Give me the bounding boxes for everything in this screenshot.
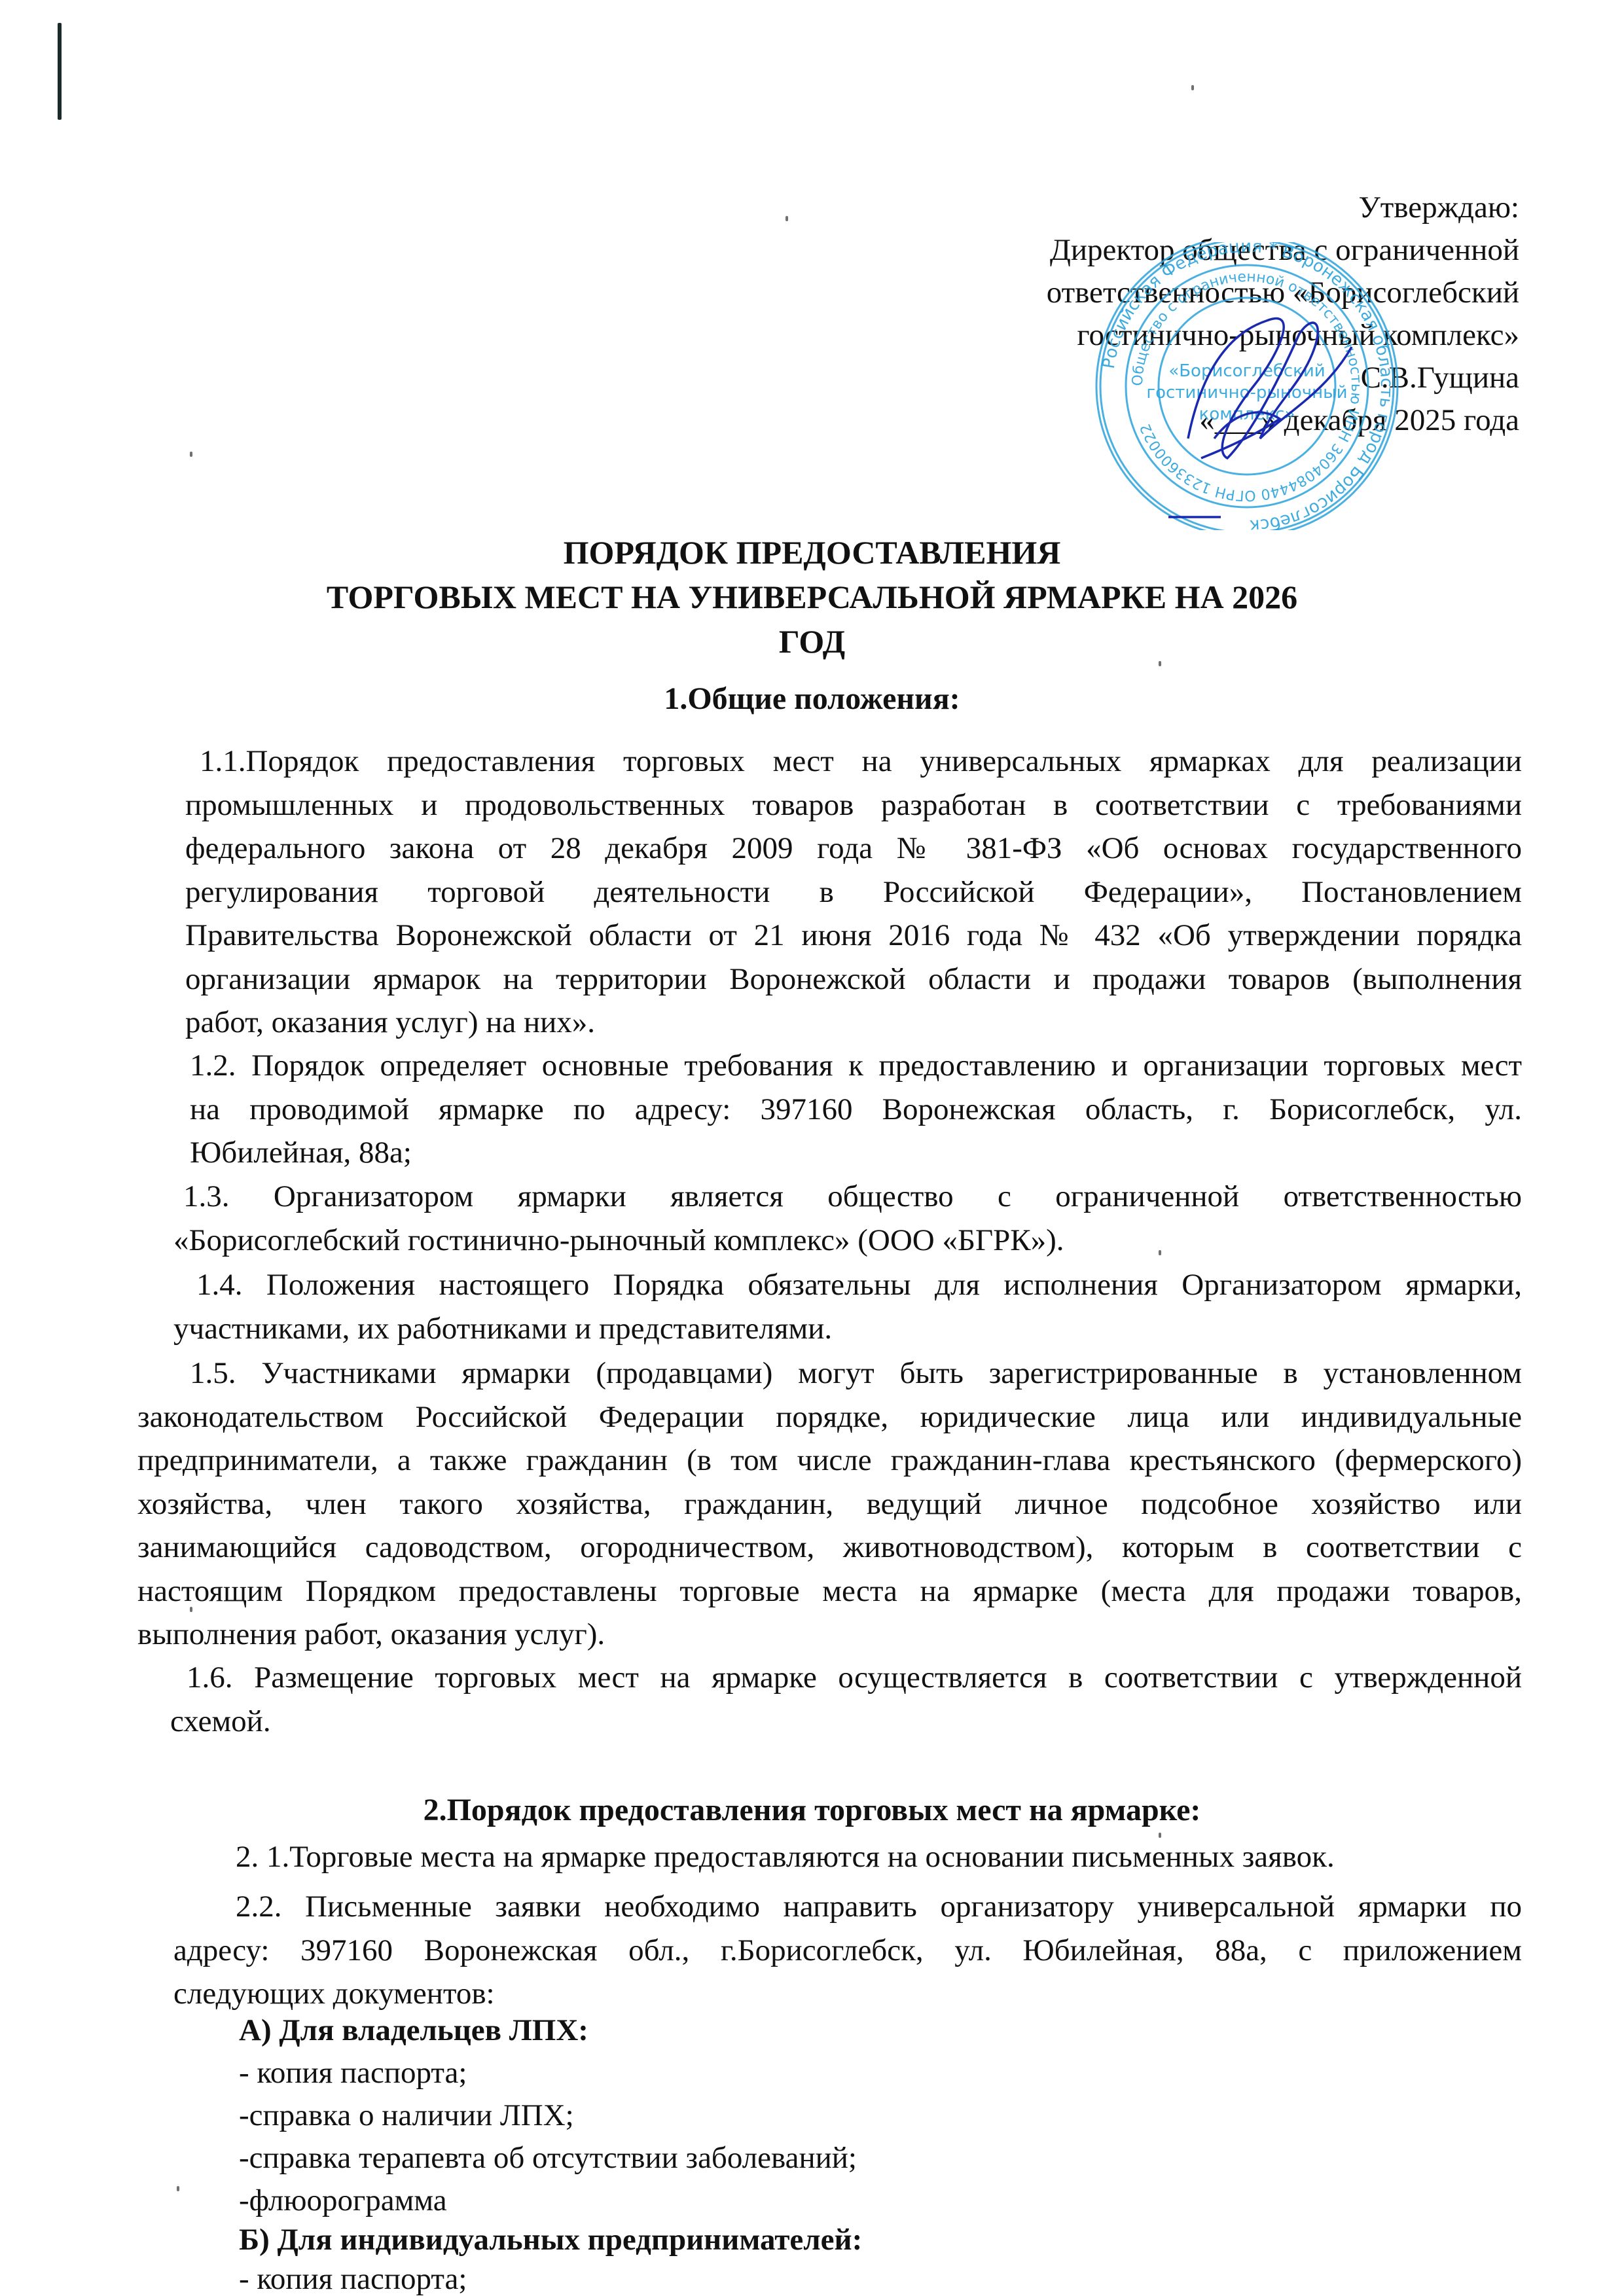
group-b-item: - копия паспорта; (239, 2261, 467, 2296)
text-line: схемой. (170, 1700, 1522, 1744)
document-title: ПОРЯДОК ПРЕДОСТАВЛЕНИЯ ТОРГОВЫХ МЕСТ НА … (0, 530, 1624, 664)
section-1-heading: 1.Общие положения: (0, 681, 1624, 717)
paragraph-1-6: 1.6. Размещение торговых мест на ярмарке… (170, 1656, 1522, 1743)
group-b-heading: Б) Для индивидуальных предпринимателей: (239, 2222, 862, 2257)
text-line: занимающийся садоводством, огородничеств… (137, 1526, 1522, 1570)
text-line: 2.2. Письменные заявки необходимо направ… (236, 1885, 1522, 1929)
approval-position-line-2: ответственностью «Борисоглебский (930, 272, 1519, 314)
text-line: участниками, их работниками и представит… (173, 1307, 1522, 1351)
paragraph-1-2: 1.2. Порядок определяет основные требова… (190, 1044, 1522, 1175)
text-line: работ, оказания услуг) на них». (185, 1001, 1522, 1045)
text-line: Правительства Воронежской области от 21 … (185, 914, 1522, 958)
approval-position-line-1: Директор общества с ограниченной (930, 229, 1519, 272)
title-line-1: ПОРЯДОК ПРЕДОСТАВЛЕНИЯ (0, 530, 1624, 575)
text-line: хозяйства, член такого хозяйства, гражда… (137, 1482, 1522, 1526)
group-a-heading: А) Для владельцев ЛПХ: (239, 2013, 588, 2048)
text-line: «Борисоглебский гостинично-рыночный комп… (173, 1219, 1522, 1263)
text-line: регулирования торговой деятельности в Ро… (185, 870, 1522, 914)
text-line: Юбилейная, 88а; (190, 1131, 1522, 1175)
paragraph-1-5: 1.5. Участниками ярмарки (продавцами) мо… (137, 1352, 1522, 1657)
paragraph-1-3: 1.3. Организатором ярмарки является обще… (173, 1175, 1522, 1262)
paragraph-1-4: 1.4. Положения настоящего Порядка обязат… (173, 1263, 1522, 1350)
paragraph-2-1: 2. 1.Торговые места на ярмарке предостав… (236, 1839, 1335, 1874)
text-line: законодательством Российской Федерации п… (137, 1395, 1522, 1439)
approval-block: Утверждаю: Директор общества с ограничен… (930, 187, 1519, 442)
text-line: следующих документов: (173, 1972, 1522, 2016)
approval-date: «___» декабря 2025 года (930, 399, 1519, 442)
scan-speck (1191, 85, 1194, 90)
text-line: 1.3. Организатором ярмарки является обще… (183, 1175, 1522, 1219)
text-line: 1.2. Порядок определяет основные требова… (190, 1044, 1522, 1088)
text-line: 1.1.Порядок предоставления торговых мест… (200, 740, 1522, 783)
paragraph-1-1: 1.1.Порядок предоставления торговых мест… (200, 740, 1522, 1045)
approval-position-line-3: гостинично-рыночный комплекс» (930, 314, 1519, 357)
title-line-3: ГОД (0, 619, 1624, 664)
paragraph-2-2: 2.2. Письменные заявки необходимо направ… (173, 1885, 1522, 2016)
scan-speck (1159, 1833, 1161, 1838)
group-a-item: - копия паспорта; (239, 2055, 467, 2090)
text-line: на проводимой ярмарке по адресу: 397160 … (190, 1088, 1522, 1132)
text-line: 1.4. Положения настоящего Порядка обязат… (196, 1263, 1522, 1307)
text-line: адресу: 397160 Воронежская обл., г.Борис… (173, 1929, 1522, 1973)
group-a-item: -справка терапевта об отсутствии заболев… (239, 2140, 857, 2176)
scan-speck (190, 452, 192, 457)
text-line: 1.6. Размещение торговых мест на ярмарке… (187, 1656, 1522, 1700)
scan-speck (785, 216, 788, 221)
text-line: настоящим Порядком предоставлены торговы… (137, 1570, 1522, 1613)
text-line: выполнения работ, оказания услуг). (137, 1613, 1522, 1657)
text-line: предприниматели, а также гражданин (в то… (137, 1439, 1522, 1482)
approval-label: Утверждаю: (930, 187, 1519, 229)
approver-name: С.В.Гущина (930, 357, 1519, 399)
text-line: организации ярмарок на территории Вороне… (185, 958, 1522, 1001)
text-line: федерального закона от 28 декабря 2009 г… (185, 827, 1522, 870)
group-a-item: -справка о наличии ЛПХ; (239, 2098, 574, 2133)
section-2-heading: 2.Порядок предоставления торговых мест н… (0, 1792, 1624, 1828)
title-line-2: ТОРГОВЫХ МЕСТ НА УНИВЕРСАЛЬНОЙ ЯРМАРКЕ Н… (0, 575, 1624, 619)
scan-speck (177, 2186, 179, 2191)
text-line: промышленных и продовольственных товаров… (185, 783, 1522, 827)
group-a-item: -флюорограмма (239, 2183, 447, 2218)
binder-hole-mark (58, 23, 62, 120)
text-line: 1.5. Участниками ярмарки (продавцами) мо… (190, 1352, 1522, 1395)
